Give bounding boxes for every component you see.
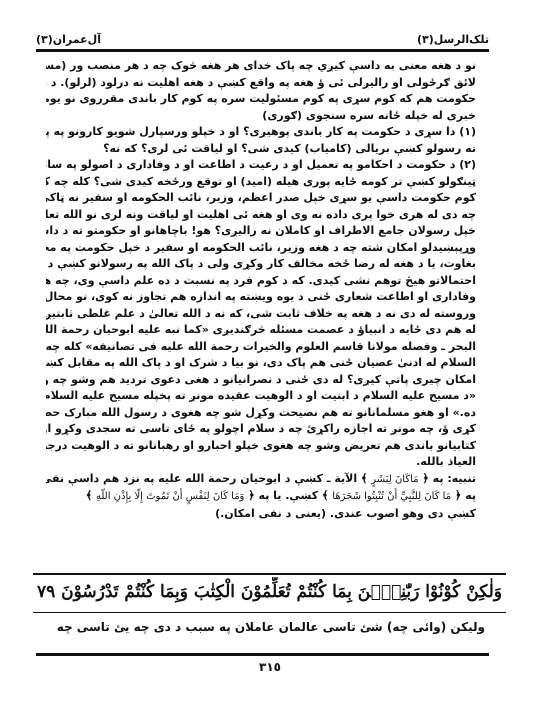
note-text: کښې. یا په xyxy=(259,489,319,502)
quran-verse: وَلٰكِنْ كُوْنُوْا رَبّٰنِيّٖنَ بِمَا كُ… xyxy=(33,577,506,607)
body-line: ته رسولو کښې بریالی (کامیاب) کیدی شی؟ او… xyxy=(46,141,476,158)
body-line: «د مسیح علیه السلام د ابنیت او د الوهیت … xyxy=(46,388,476,405)
note-line-2: په ﴿ مَا كَانَ لِلنَّبِيِّ أَنْ تُنْبِتُ… xyxy=(46,488,476,506)
body-line: خپل رسولان جامع الاطراف او کاملان نه رال… xyxy=(46,223,476,240)
verse-bottom-rule xyxy=(33,612,506,613)
header-rule xyxy=(36,49,489,52)
body-line: ټینګولو کښې تر کومه ځایه پوری هیله (امید… xyxy=(46,174,476,191)
body-line: وفاداری او اطاعت شعاری ځنی د یوه ویښته پ… xyxy=(46,289,476,306)
footer-rule xyxy=(36,653,489,656)
body-line: وړپېښیدلو امکان شته چه د هغه وزیر، نائب … xyxy=(46,240,476,257)
body-line: کتابیانو باندی هم تعریض وشو چه هغوی خپلو… xyxy=(46,438,476,455)
note-line-1: تنبیه: په ﴿ مَاكَانَ لِبَشَرٍ ﴾ الآیة ـ … xyxy=(46,471,476,489)
ornate-bracket-icon: ﴾ xyxy=(322,489,328,502)
ayah-reference: مَا كَانَ لِلنَّبِيِّ أَنْ تُنْبِتُوا شَ… xyxy=(332,491,451,502)
body-line: کړی ؤ، چه مونږ ته اجازه راکړئ چه د سلام … xyxy=(46,421,476,438)
verse-top-rule xyxy=(33,573,506,575)
ornate-bracket-icon: ﴾ xyxy=(361,472,367,485)
commentary-body: نو د هغه معنی به داسې کیږي چه پاک خدای ه… xyxy=(46,58,476,522)
body-line: لائق ګرځولی او رالیږلی ئی ؤ هغه په واقع … xyxy=(46,75,476,92)
note-label: تنبیه: xyxy=(447,472,476,485)
header-juz-name: تلک‌الرسل(٣) xyxy=(417,33,489,46)
body-line: له هم دی ځایه د انبیاؤ د عصمت مسئله څرګن… xyxy=(46,322,476,339)
note-text: په xyxy=(433,472,444,485)
verse-translation: ولیکن (وائی چه) شئ تاسی عالمان عاملان په… xyxy=(60,617,485,637)
note-text: په xyxy=(465,489,476,502)
body-line: (١) دا سړی د حکومت په کار باندی پوهیږی؟ … xyxy=(46,124,476,141)
ayah-number-marker: ٧٩ xyxy=(37,582,55,602)
ayah-reference: مَاكَانَ لِبَشَرٍ xyxy=(371,474,418,485)
verse-text: وَلٰكِنْ كُوْنُوْا رَبّٰنِيّٖنَ بِمَا كُ… xyxy=(61,582,502,602)
body-line: بغاوت، یا د هغه له رضا ځخه مخالف کار وکړ… xyxy=(46,256,476,273)
ornate-bracket-icon: ﴿ xyxy=(422,472,428,485)
body-line: البحر ـ وفصله مولانا قاسم العلوم والخیرا… xyxy=(46,339,476,356)
body-line: وروسته له دی نه د هغه په خلاف ثابت شی، ک… xyxy=(46,306,476,323)
ornate-bracket-icon: ﴿ xyxy=(248,489,254,502)
body-line: امکان چیری پاتې کیږی؟ له دی ځنی د نصرانی… xyxy=(46,372,476,389)
body-line: چه دی له هری خوا پری داده نه وی او هغه ئ… xyxy=(46,207,476,224)
header-surah-name: آل‌عمران(٣) xyxy=(36,33,101,46)
running-header: آل‌عمران(٣) تلک‌الرسل(٣) xyxy=(36,30,489,46)
ayah-reference: وَمَا كَانَ لِنَفْسٍ أَنْ تَمُوتَ إِلَّا… xyxy=(96,491,244,502)
body-line: کوم حکومت داسې یو سړی خپل صدر اعظم، وزیر… xyxy=(46,190,476,207)
body-line: السلام له ادنیٰ عصیان ځنی هم پاک دی، نو … xyxy=(46,355,476,372)
body-line: (٢) د حکومت د احکامو په تعمیل او د رعیت … xyxy=(46,157,476,174)
note-text: الآیة ـ کښې د ابوحیان رحمة الله علیه په … xyxy=(46,472,357,485)
body-line: ده.» او هغو مسلمانانو ته هم نصیحت وکړل ش… xyxy=(46,405,476,422)
body-line: خبری له خپله ځانه سره سنجوی (ګوری) xyxy=(46,108,476,125)
ornate-bracket-icon: ﴾ xyxy=(86,489,92,502)
body-line: حکومت هم که کوم سړی په کوم مسئولیت سره پ… xyxy=(46,91,476,108)
body-line: نو د هغه معنی به داسې کیږي چه پاک خدای ه… xyxy=(46,58,476,75)
note-line-3: کښې دی وهو اصوب عندی. (یعنی د نفی امکان.… xyxy=(46,506,476,523)
ornate-bracket-icon: ﴿ xyxy=(455,489,461,502)
page-number: ٣١٥ xyxy=(0,660,540,674)
body-line: العیاذ بالله. xyxy=(46,454,476,471)
body-line: احتمالاتو هیڅ توهم نشی کیدی. که د کوم فر… xyxy=(46,273,476,290)
